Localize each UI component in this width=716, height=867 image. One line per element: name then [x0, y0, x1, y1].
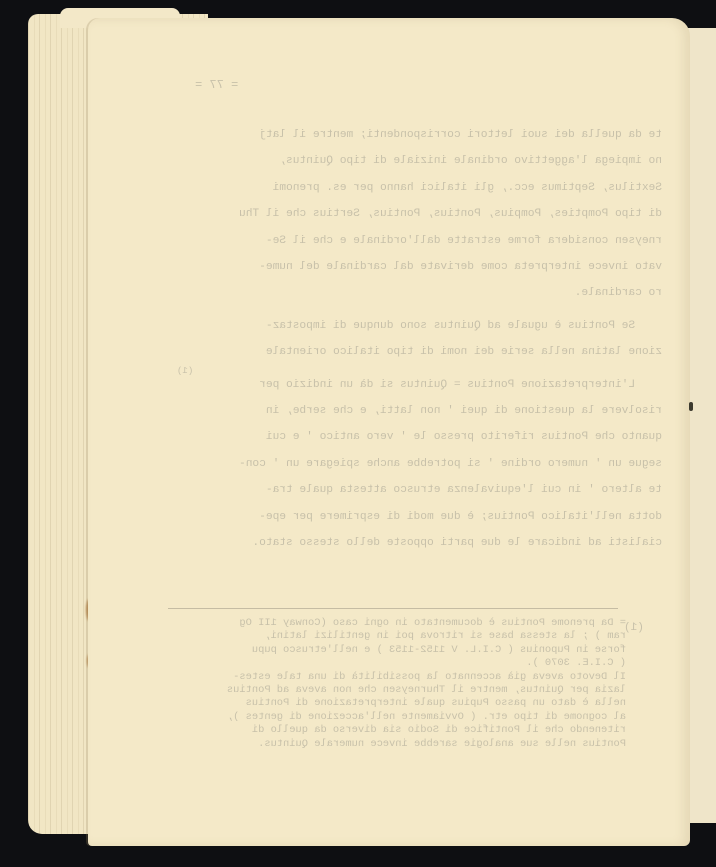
body-line: L'interpretazione Pontius = Quintus si d…	[192, 372, 662, 398]
body-line: dotta nell'italico Pontius; è due modi d…	[192, 504, 662, 530]
footnote-line: ( C.I.E. 3070 ).	[186, 657, 626, 670]
body-line: ro cardinale.	[192, 280, 662, 306]
body-line: te da quella dei suoi lettori corrispond…	[192, 122, 662, 148]
body-line: quanto che Pontius riferito presso le ' …	[192, 424, 662, 450]
body-line: segue un ' numero ordine ' si potrebbe a…	[192, 451, 662, 477]
body-text: te da quella dei suoi lettori corrispond…	[192, 122, 662, 557]
body-line: zione latina nella serie dei nomi di tip…	[192, 339, 662, 365]
body-line: vato invece interpreta come derivate dal…	[192, 254, 662, 280]
footnote-separator	[168, 608, 618, 609]
footnote-line: lazia per Quintus, mentre il Thurneysen …	[186, 684, 626, 697]
footnote-line: = Da prenome Pontius è documentato in og…	[186, 617, 626, 630]
footnote-line: Pontius nelle sue analogie sarebbe invec…	[186, 738, 626, 751]
footnote-line: ram ) ; la stessa base si ritrova poi in…	[186, 630, 626, 643]
body-line: Se Pontius è uguale ad Quintus sono dunq…	[192, 313, 662, 339]
page-edge-mark	[689, 402, 693, 411]
body-line: rneysen considera forme estratte dall'or…	[192, 228, 662, 254]
footnote-line: Il Devoto aveva già accennato la possibi…	[186, 671, 626, 684]
body-line: Sextilus, Septimus ecc., gli italici han…	[192, 175, 662, 201]
footnote-line: forse in Puponius ( C.I.L. V 1152-1153 )…	[186, 644, 626, 657]
footnote-reference: (1)	[177, 366, 193, 376]
body-line: risolvere la questione di quei ' non lat…	[192, 398, 662, 424]
body-line: di tipo Pompties, Pompius, Pontius, Pont…	[192, 201, 662, 227]
body-line: no impiega l'aggettivo ordinale iniziale…	[192, 148, 662, 174]
body-line: te altero ' in cui l'equivalenza etrusco…	[192, 477, 662, 503]
body-line: cialisti ad indicare le due parti oppost…	[192, 530, 662, 556]
page-number: = 77 =	[195, 78, 238, 92]
footnote-marker: (1)	[624, 622, 644, 634]
footnote-line: ritenendo che il Pontifice di Sodio sia …	[186, 724, 626, 737]
footnote-text: = Da prenome Pontius è documentato in og…	[186, 617, 626, 751]
footnote-line: al cognome di tipo etr. ( Ovviamente nel…	[186, 711, 626, 724]
footnote-line: nella è dato un passo Pupius quale inter…	[186, 697, 626, 710]
